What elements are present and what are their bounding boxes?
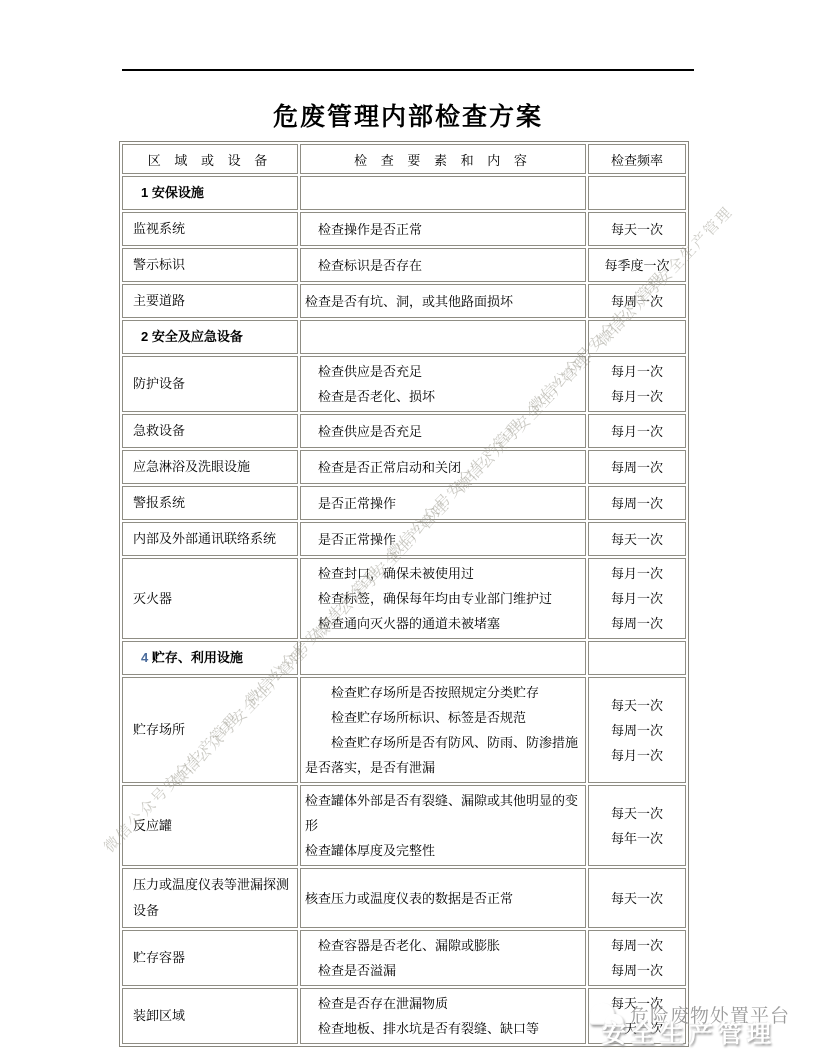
freq-cell: 每周一次 [588,450,686,484]
content-line: 检查容器是否老化、漏隙或膨胀 [303,933,583,958]
freq-line: 每季度一次 [589,253,685,278]
freq-line: 每周一次 [589,491,685,516]
freq-line: 每月一次 [589,561,685,586]
content-line: 检查贮存场所是否有防风、防雨、防渗措施是否落实，是否有泄漏 [303,730,583,780]
freq-line: 每周一次 [589,933,685,958]
area-cell: 防护设备 [122,356,298,412]
section-row: 1 安保设施 [122,176,686,210]
table-row: 急救设备 检查供应是否充足每月一次 [122,414,686,448]
freq-line: 每月一次 [589,419,685,444]
content-cell: 检查是否有坑、洞，或其他路面损坏 [300,284,586,318]
table-row: 防护设备 检查供应是否充足 检查是否老化、损坏每月一次每月一次 [122,356,686,412]
area-cell: 贮存容器 [122,930,298,986]
content-line: 检查标识是否存在 [303,253,583,278]
section-row: 4 贮存、利用设施 [122,641,686,675]
content-line: 检查罐体厚度及完整性 [303,838,583,863]
area-cell: 反应罐 [122,785,298,866]
freq-cell: 每天一次每周一次每月一次 [588,677,686,783]
inspection-table-body: 1 安保设施监视系统 检查操作是否正常每天一次警示标识 检查标识是否存在每季度一… [122,176,686,1044]
section-title: 安全及应急设备 [148,329,243,344]
content-line: 是否正常操作 [303,491,583,516]
freq-line: 每月一次 [589,384,685,409]
content-cell [300,320,586,354]
freq-line: 每周一次 [589,455,685,480]
header-frequency: 检查频率 [588,144,686,174]
content-cell: 是否正常操作 [300,486,586,520]
table-row: 压力或温度仪表等泄漏探测设备核查压力或温度仪表的数据是否正常每天一次 [122,868,686,928]
content-line: 检查是否有坑、洞，或其他路面损坏 [303,289,583,314]
footer-overlay-text: 安全生产管理 [602,1014,776,1049]
table-row: 贮存容器 检查容器是否老化、漏隙或膨胀 检查是否溢漏每周一次每周一次 [122,930,686,986]
content-line: 检查供应是否充足 [303,419,583,444]
freq-cell: 每天一次每年一次 [588,785,686,866]
freq-cell: 每月一次 [588,414,686,448]
area-cell: 灭火器 [122,558,298,639]
content-line: 检查封口，确保未被使用过 [303,561,583,586]
content-line: 核查压力或温度仪表的数据是否正常 [303,886,583,911]
freq-line: 每天一次 [589,693,685,718]
content-line: 是否正常操作 [303,527,583,552]
content-line: 检查供应是否充足 [303,359,583,384]
section-row: 2 安全及应急设备 [122,320,686,354]
freq-line: 每周一次 [589,958,685,983]
inspection-table: 区 域 或 设 备 检 查 要 素 和 内 容 检查频率 1 安保设施监视系统 … [119,141,689,1047]
area-cell: 贮存场所 [122,677,298,783]
area-cell: 1 安保设施 [122,176,298,210]
content-cell: 检查贮存场所是否按照规定分类贮存 检查贮存场所标识、标签是否规范 检查贮存场所是… [300,677,586,783]
area-cell: 主要道路 [122,284,298,318]
content-line: 检查罐体外部是否有裂缝、漏隙或其他明显的变形 [303,788,583,838]
freq-line: 每月一次 [589,743,685,768]
content-cell: 检查供应是否充足 [300,414,586,448]
freq-line: 每月一次 [589,359,685,384]
area-cell: 警示标识 [122,248,298,282]
content-line: 检查贮存场所是否按照规定分类贮存 [303,680,583,705]
freq-cell [588,320,686,354]
table-row: 警示标识 检查标识是否存在每季度一次 [122,248,686,282]
freq-cell: 每周一次 [588,284,686,318]
table-row: 反应罐检查罐体外部是否有裂缝、漏隙或其他明显的变形检查罐体厚度及完整性每天一次每… [122,785,686,866]
content-line: 检查是否正常启动和关闭 [303,455,583,480]
table-row: 主要道路检查是否有坑、洞，或其他路面损坏每周一次 [122,284,686,318]
content-cell: 检查操作是否正常 [300,212,586,246]
area-cell: 急救设备 [122,414,298,448]
header-area: 区 域 或 设 备 [122,144,298,174]
freq-cell: 每周一次 [588,486,686,520]
content-line: 检查标签，确保每年均由专业部门维护过 [303,586,583,611]
freq-cell: 每季度一次 [588,248,686,282]
area-cell: 内部及外部通讯联络系统 [122,522,298,556]
content-cell: 核查压力或温度仪表的数据是否正常 [300,868,586,928]
freq-cell: 每月一次每月一次每周一次 [588,558,686,639]
area-cell: 装卸区域 [122,988,298,1044]
freq-line: 每天一次 [589,886,685,911]
area-cell: 压力或温度仪表等泄漏探测设备 [122,868,298,928]
header-content: 检 查 要 素 和 内 容 [300,144,586,174]
content-cell: 检查是否存在泄漏物质 检查地板、排水坑是否有裂缝、缺口等 [300,988,586,1044]
section-title: 贮存、利用设施 [148,650,243,665]
content-cell [300,176,586,210]
content-line: 检查是否溢漏 [303,958,583,983]
freq-line: 每天一次 [589,217,685,242]
freq-cell: 每天一次 [588,212,686,246]
content-cell: 检查容器是否老化、漏隙或膨胀 检查是否溢漏 [300,930,586,986]
freq-cell: 每天一次 [588,522,686,556]
content-line: 检查贮存场所标识、标签是否规范 [303,705,583,730]
content-cell: 检查标识是否存在 [300,248,586,282]
content-line: 检查是否老化、损坏 [303,384,583,409]
freq-cell [588,641,686,675]
table-row: 警报系统 是否正常操作每周一次 [122,486,686,520]
section-title: 安保设施 [148,185,204,200]
content-line: 检查是否存在泄漏物质 [303,991,583,1016]
area-cell: 应急淋浴及洗眼设施 [122,450,298,484]
table-header-row: 区 域 或 设 备 检 查 要 素 和 内 容 检查频率 [122,144,686,174]
table-row: 贮存场所 检查贮存场所是否按照规定分类贮存 检查贮存场所标识、标签是否规范 检查… [122,677,686,783]
area-cell: 2 安全及应急设备 [122,320,298,354]
freq-line: 每天一次 [589,801,685,826]
freq-line: 每年一次 [589,826,685,851]
freq-cell: 每月一次每月一次 [588,356,686,412]
footer-watermark: 危险废物处置平台 安全生产管理 [588,1000,816,1054]
content-cell [300,641,586,675]
top-divider-line [122,69,694,71]
content-cell: 检查是否正常启动和关闭 [300,450,586,484]
freq-line: 每天一次 [589,527,685,552]
table-row: 内部及外部通讯联络系统 是否正常操作每天一次 [122,522,686,556]
freq-line: 每周一次 [589,718,685,743]
freq-cell: 每天一次 [588,868,686,928]
freq-cell [588,176,686,210]
freq-line: 每周一次 [589,289,685,314]
content-cell: 检查供应是否充足 检查是否老化、损坏 [300,356,586,412]
content-line: 检查地板、排水坑是否有裂缝、缺口等 [303,1016,583,1041]
freq-line: 每周一次 [589,611,685,636]
content-cell: 检查封口，确保未被使用过 检查标签，确保每年均由专业部门维护过 检查通向灭火器的… [300,558,586,639]
table-row: 应急淋浴及洗眼设施 检查是否正常启动和关闭每周一次 [122,450,686,484]
freq-cell: 每周一次每周一次 [588,930,686,986]
table-row: 灭火器 检查封口，确保未被使用过 检查标签，确保每年均由专业部门维护过 检查通向… [122,558,686,639]
content-line: 检查操作是否正常 [303,217,583,242]
content-line: 检查通向灭火器的通道未被堵塞 [303,611,583,636]
page-title: 危废管理内部检查方案 [122,97,694,133]
table-row: 监视系统 检查操作是否正常每天一次 [122,212,686,246]
area-cell: 警报系统 [122,486,298,520]
area-cell: 4 贮存、利用设施 [122,641,298,675]
content-cell: 检查罐体外部是否有裂缝、漏隙或其他明显的变形检查罐体厚度及完整性 [300,785,586,866]
area-cell: 监视系统 [122,212,298,246]
freq-line: 每月一次 [589,586,685,611]
content-cell: 是否正常操作 [300,522,586,556]
